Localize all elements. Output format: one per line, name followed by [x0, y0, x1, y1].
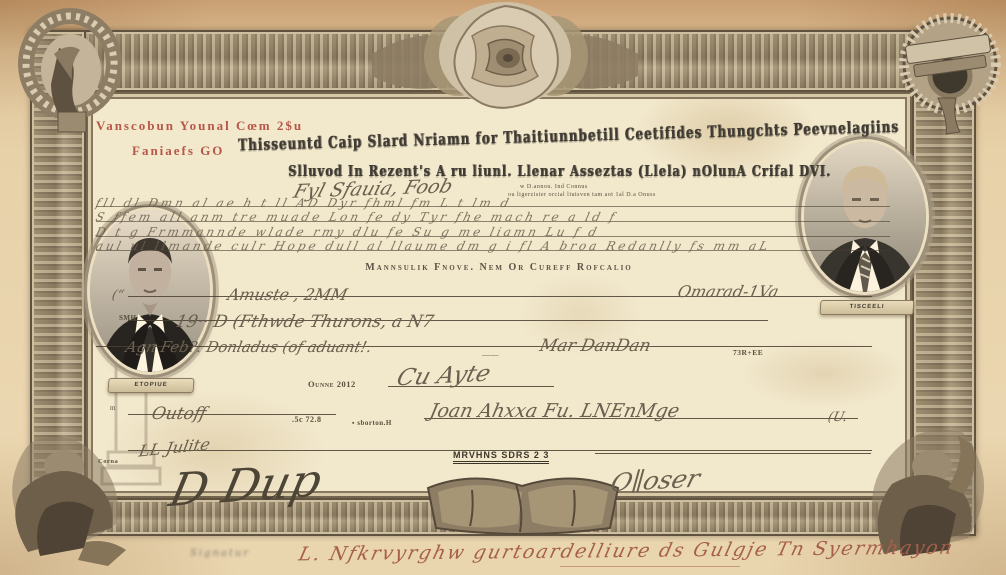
- form-row5-suffix: (U.: [826, 410, 848, 425]
- form-row3-entry-right: Mar DanDan: [538, 336, 653, 356]
- form-row6-stamp: MRVHNS SDRS 2 3: [453, 450, 549, 464]
- handwritten-text-line: D t g Frmmannde wlade rmy dlu fe Su g me…: [94, 225, 891, 239]
- right-witness-signature: O∥oser: [607, 464, 703, 497]
- handwritten-text-line: fll dl Dmn al ae h t ll AD Dyr fhml fm L…: [94, 196, 891, 210]
- form-row5-label: ▪ sborton.H: [352, 419, 392, 427]
- groom-name-plaque: ETOPIUE: [107, 378, 194, 393]
- handwritten-text-line: aul ul llmande culr Hope dull al llaume …: [94, 239, 891, 253]
- form-row1-entry-left: Amuste , 2MM: [226, 285, 349, 304]
- form-row3-separator: ——: [482, 350, 499, 359]
- form-row6-label: Corna: [98, 458, 118, 465]
- form-row5-entry: Joan Ahxxa Fu. LNEnMge: [428, 400, 682, 422]
- handwritten-text-line: S ffem all anm tre muade Lon fe dy Tyr f…: [94, 210, 891, 224]
- form-row5-signature-left: Outoff: [150, 404, 208, 424]
- form-row4-signature: Cu Ayte: [394, 361, 494, 392]
- form-row5-tiny-mark: m: [110, 404, 116, 412]
- registry-stamp-line1: Vanscobun Younal Cœm 2$u: [96, 118, 303, 134]
- form-row3-entry-left: Agn Feb?. Donladus (of aduant!.: [124, 338, 373, 356]
- section-heading: Mannsulik Fnove. Nem Or Cureff Rofcalio: [93, 262, 905, 273]
- big-flourish-signature: D Dup: [165, 453, 327, 517]
- form-row4-label: Ounne 2012: [308, 379, 356, 389]
- witness-name-plaque: TISCEELI: [819, 300, 914, 315]
- form-row1-entry-right: Omarad-1Va: [676, 282, 781, 301]
- frame-left-border: [30, 30, 86, 536]
- registry-stamp-line2: Faniaefs GO: [132, 143, 224, 159]
- form-row3-code: 73R+EE: [733, 348, 763, 357]
- footer-script-line: L. Nfkrvyrghw gurtoardelliure ds Gulgje …: [297, 537, 957, 566]
- footer-smudge-text: Signatur: [190, 548, 250, 559]
- form-row5-code: .5c 72.8: [292, 415, 322, 424]
- fine-print-line1: w D.annou. Ind Connus: [520, 184, 588, 190]
- certificate-document: ETOPIUE TISCEELI Vanscobun Younal Cœ: [0, 0, 1006, 575]
- form-row2-entry: 19·· D (Fthwde Thurons, a N7: [174, 312, 436, 332]
- frame-top-border: [30, 30, 976, 92]
